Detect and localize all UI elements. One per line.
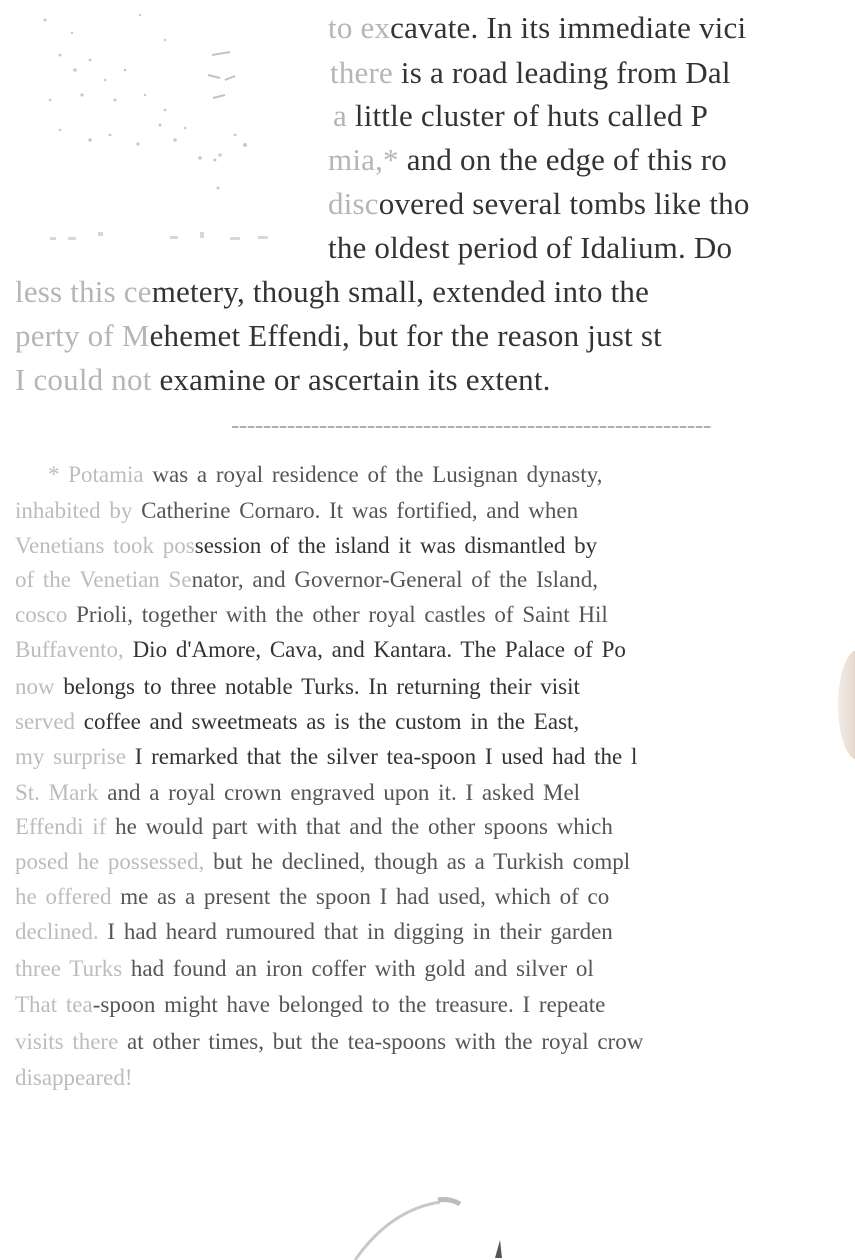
footnote-line: three Turks had found an iron coffer wit…: [15, 957, 594, 980]
footnote-separator: [232, 426, 712, 428]
footnote-line: That tea-spoon might have belonged to th…: [15, 993, 605, 1016]
footnote-line: Effendi if he would part with that and t…: [15, 815, 613, 838]
footnote-line: Venetians took possession of the island …: [15, 534, 597, 557]
footnote-line: Buffavento, Dio d'Amore, Cava, and Kanta…: [15, 638, 626, 661]
decorative-flourish-icon: [350, 1180, 520, 1260]
footnote-line: now belongs to three notable Turks. In r…: [15, 675, 580, 698]
footnote-line: of the Venetian Senator, and Governor-Ge…: [15, 568, 598, 591]
main-text-line: perty of Mehemet Effendi, but for the re…: [15, 320, 662, 351]
footnote-line: served coffee and sweetmeats as is the c…: [15, 710, 579, 733]
thumb-overlay-icon: [838, 650, 855, 760]
main-text-line: mia,* and on the edge of this ro: [328, 144, 727, 175]
main-text-line: to excavate. In its immediate vici: [328, 12, 746, 43]
main-text-line: discovered several tombs like tho: [328, 188, 750, 219]
footnote-line: inhabited by Catherine Cornaro. It was f…: [15, 499, 578, 522]
footnote-line: St. Mark and a royal crown engraved upon…: [15, 781, 580, 804]
footnote-line: my surprise I remarked that the silver t…: [15, 745, 637, 768]
footnote-line: disappeared!: [15, 1066, 133, 1089]
main-text-line: the oldest period of Idalium. Do: [328, 232, 732, 263]
main-text-line: I could not examine or ascertain its ext…: [15, 364, 551, 395]
footnote-line: he offered me as a present the spoon I h…: [15, 885, 609, 908]
footnote-line: cosco Prioli, together with the other ro…: [15, 603, 608, 626]
main-text-line: there is a road leading from Dal: [330, 57, 731, 88]
footnote-line: declined. I had heard rumoured that in d…: [15, 920, 613, 943]
footnote-line: * Potamia was a royal residence of the L…: [48, 463, 602, 486]
footnote-line: posed he possessed, but he declined, tho…: [15, 850, 630, 873]
main-text-line: a little cluster of huts called P: [333, 100, 708, 131]
main-text-line: less this cemetery, though small, extend…: [15, 276, 649, 307]
engraving-fragment-icon: [20, 0, 320, 250]
footnote-line: visits there at other times, but the tea…: [15, 1030, 643, 1053]
